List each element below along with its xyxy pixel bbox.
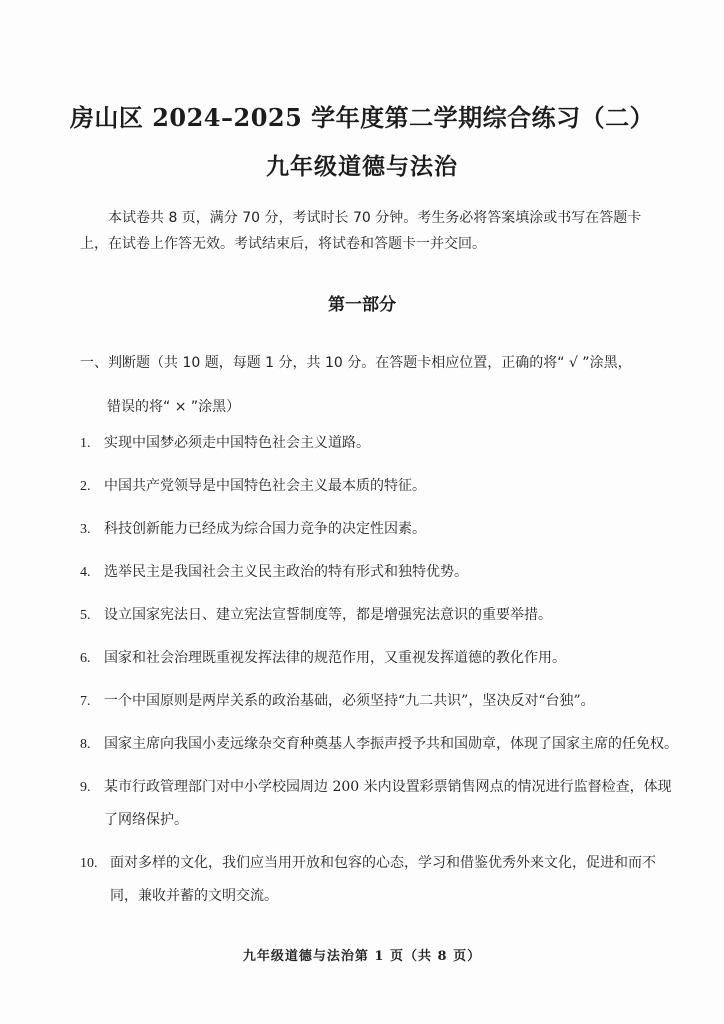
- question-list: 1. 实现中国梦必须走中国特色社会主义道路。 2. 中国共产党领导是中国特色社会…: [80, 432, 680, 928]
- question-number: 4.: [80, 561, 104, 589]
- section-instructions: 一、判断题（共 10 题，每题 1 分，共 10 分。在答题卡相应位置，正确的将…: [80, 352, 680, 418]
- question-item: 9. 某市行政管理部门对中小学校园周边 200 米内设置彩票销售网点的情况进行监…: [80, 776, 680, 837]
- exam-title: 房山区 2024–2025 学年度第二学期综合练习（二）: [0, 98, 724, 133]
- question-number: 5.: [80, 604, 104, 632]
- question-item: 3. 科技创新能力已经成为综合国力竞争的决定性因素。: [80, 518, 680, 546]
- question-item: 4. 选举民主是我国社会主义民主政治的特有形式和独特优势。: [80, 561, 680, 589]
- question-item: 10. 面对多样的文化，我们应当用开放和包容的心态，学习和借鉴优秀外来文化，促进…: [80, 852, 680, 913]
- question-text: 选举民主是我国社会主义民主政治的特有形式和独特优势。: [104, 556, 680, 589]
- exam-page: 房山区 2024–2025 学年度第二学期综合练习（二） 九年级道德与法治 本试…: [0, 0, 724, 1024]
- question-number: 10.: [80, 852, 110, 913]
- question-text: 某市行政管理部门对中小学校园周边 200 米内设置彩票销售网点的情况进行监督检查…: [104, 771, 680, 837]
- section-instruction-line-2: 错误的将“ × ”涂黑）: [80, 396, 680, 418]
- question-text: 设立国家宪法日、建立宪法宣誓制度等，都是增强宪法意识的重要举措。: [104, 599, 680, 632]
- question-number: 7.: [80, 690, 104, 718]
- question-text: 中国共产党领导是中国特色社会主义最本质的特征。: [104, 470, 680, 503]
- question-item: 7. 一个中国原则是两岸关系的政治基础，必须坚持“九二共识”，坚决反对“台独”。: [80, 690, 680, 718]
- question-text: 一个中国原则是两岸关系的政治基础，必须坚持“九二共识”，坚决反对“台独”。: [104, 685, 680, 718]
- question-item: 2. 中国共产党领导是中国特色社会主义最本质的特征。: [80, 475, 680, 503]
- question-number: 9.: [80, 776, 104, 837]
- question-text: 科技创新能力已经成为综合国力竞争的决定性因素。: [104, 513, 680, 546]
- question-item: 6. 国家和社会治理既重视发挥法律的规范作用，又重视发挥道德的教化作用。: [80, 647, 680, 675]
- page-footer: 九年级道德与法治第 1 页（共 8 页）: [0, 945, 724, 964]
- question-item: 8. 国家主席向我国小麦远缘杂交育种奠基人李振声授予共和国勋章，体现了国家主席的…: [80, 733, 680, 761]
- question-text: 国家主席向我国小麦远缘杂交育种奠基人李振声授予共和国勋章，体现了国家主席的任免权…: [104, 728, 680, 761]
- exam-subject: 九年级道德与法治: [0, 148, 724, 181]
- question-number: 2.: [80, 475, 104, 503]
- question-text: 面对多样的文化，我们应当用开放和包容的心态，学习和借鉴优秀外来文化，促进和而不同…: [110, 847, 680, 913]
- question-text: 实现中国梦必须走中国特色社会主义道路。: [104, 427, 680, 460]
- part-heading: 第一部分: [0, 290, 724, 315]
- exam-instructions: 本试卷共 8 页，满分 70 分，考试时长 70 分钟。考生务必将答案填涂或书写…: [80, 205, 645, 257]
- section-instruction-line-1: 一、判断题（共 10 题，每题 1 分，共 10 分。在答题卡相应位置，正确的将…: [80, 352, 680, 396]
- question-number: 1.: [80, 432, 104, 460]
- question-item: 1. 实现中国梦必须走中国特色社会主义道路。: [80, 432, 680, 460]
- question-text: 国家和社会治理既重视发挥法律的规范作用，又重视发挥道德的教化作用。: [104, 642, 680, 675]
- question-number: 8.: [80, 733, 104, 761]
- question-item: 5. 设立国家宪法日、建立宪法宣誓制度等，都是增强宪法意识的重要举措。: [80, 604, 680, 632]
- question-number: 6.: [80, 647, 104, 675]
- question-number: 3.: [80, 518, 104, 546]
